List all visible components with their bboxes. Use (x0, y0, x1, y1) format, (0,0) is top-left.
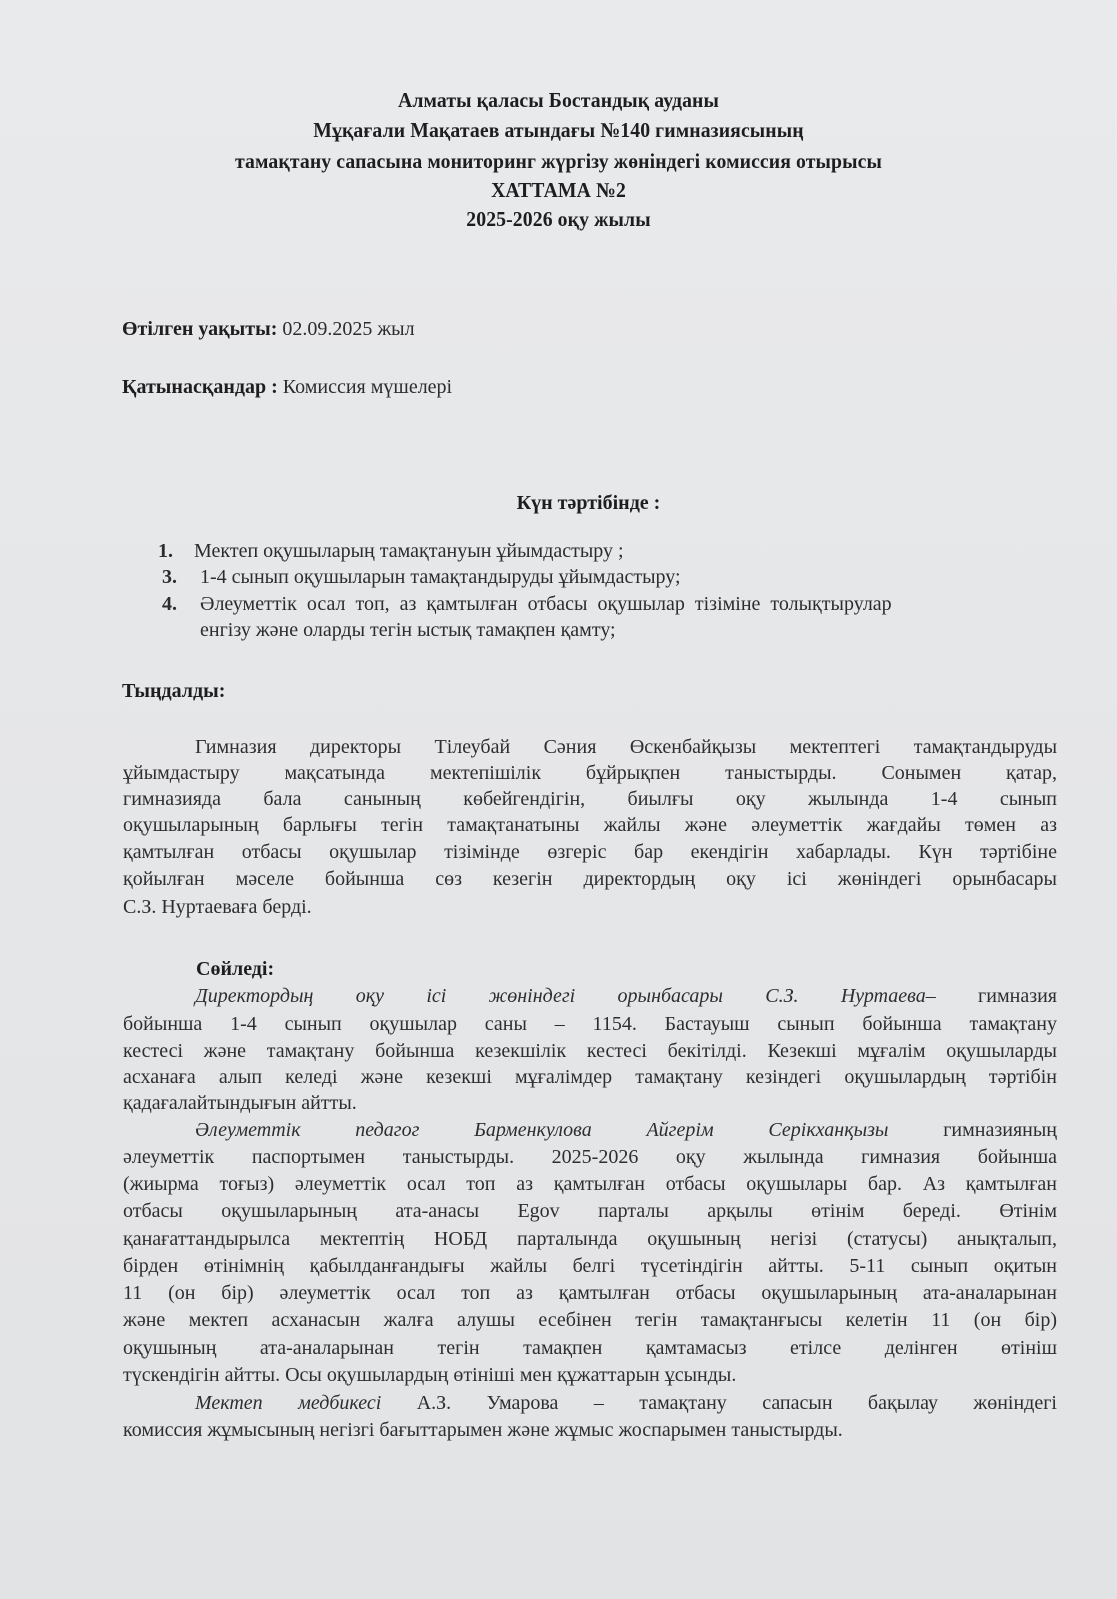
header-protocol-number: ХАТТАМА №2 (34, 178, 1084, 203)
paragraph-line: Әлеуметтік педагог Барменкулова Айгерім … (195, 1119, 1057, 1142)
participants-label: Қатынасқандар : (122, 376, 278, 398)
speaker-text: А.З. Умарова – тамақтану сапасын бақылау… (381, 1392, 1057, 1414)
agenda-item-continuation: енгізу және оларды тегін ыстық тамақпен … (200, 619, 616, 642)
paragraph-line: Директордың оқу ісі жөніндегі орынбасары… (195, 985, 1057, 1008)
agenda-item: 3.1-4 сынып оқушыларын тамақтандыруды ұй… (162, 566, 681, 589)
header-academic-year: 2025-2026 оқу жылы (34, 207, 1084, 232)
paragraph-line: 11 (он бір) әлеуметтік осал топ аз қамты… (123, 1282, 1057, 1305)
meeting-date: Өтілген уақыты: 02.09.2025 жыл (122, 318, 415, 341)
paragraph-line: оқушыларының барлығы тегін тамақтанатыны… (123, 814, 1057, 837)
meeting-participants: Қатынасқандар : Комиссия мүшелері (122, 376, 452, 399)
spoke-section-title: Сөйледі: (196, 958, 274, 981)
heard-section-title: Тыңдалды: (122, 680, 225, 703)
paragraph-line: Гимназия директоры Тілеубай Сәния Өскенб… (195, 736, 1057, 759)
participants-value: Комиссия мүшелері (278, 376, 452, 398)
paragraph-line: асханаға алып келеді және кезекші мұғалі… (123, 1066, 1057, 1089)
agenda-item-text: 1-4 сынып оқушыларын тамақтандыруды ұйым… (200, 566, 681, 588)
speaker-text: гимназия (936, 985, 1057, 1007)
paragraph-line: гимназияда бала санының көбейгендігін, б… (123, 788, 1057, 811)
paragraph-line: қадағалайтындығын айтты. (123, 1092, 1057, 1115)
paragraph-line: қанағаттандырылса мектептің НОБД парталы… (123, 1228, 1057, 1251)
agenda-item-text: Әлеуметтік осал топ, аз қамтылған отбасы… (200, 593, 892, 615)
paragraph-line: оқушының ата-аналарынан тегін тамақпен қ… (123, 1337, 1057, 1360)
paragraph-line: бойынша 1-4 сынып оқушылар саны – 1154. … (123, 1013, 1057, 1036)
speaker-role: Әлеуметтік педагог Барменкулова Айгерім … (195, 1119, 888, 1141)
agenda-item-number: 4. (162, 593, 200, 616)
speaker-text: гимназияның (888, 1119, 1057, 1141)
header-commission: тамақтану сапасына мониторинг жүргізу жө… (34, 149, 1084, 174)
paragraph-line: қойылған мәселе бойынша сөз кезегін дире… (123, 868, 1057, 891)
agenda-item-number: 1. (158, 540, 194, 563)
agenda-item: 1.Мектеп оқушыларың тамақтануын ұйымдаст… (158, 540, 624, 563)
agenda-title: Күн тәртібінде : (0, 492, 1117, 515)
meeting-date-value: 02.09.2025 жыл (277, 318, 414, 340)
paragraph-line: отбасы оқушыларының ата-анасы Egov парта… (123, 1200, 1057, 1223)
header-school: Мұқағали Мақатаев атындағы №140 гимназия… (34, 118, 1084, 143)
paragraph-line: С.З. Нуртаеваға берді. (123, 896, 1057, 919)
document-page: Алматы қаласы Бостандық ауданы Мұқағали … (0, 0, 1117, 1599)
paragraph-line: комиссия жұмысының негізгі бағыттарымен … (123, 1419, 1057, 1442)
agenda-item-text: Мектеп оқушыларың тамақтануын ұйымдастыр… (194, 540, 624, 562)
paragraph-line: бірден өтінімнің қабылданғандығы жайлы б… (123, 1255, 1057, 1278)
agenda-item: 4.Әлеуметтік осал топ, аз қамтылған отба… (162, 593, 1038, 616)
meeting-date-label: Өтілген уақыты: (122, 318, 277, 340)
paragraph-line: әлеуметтік паспортымен таныстырды. 2025-… (123, 1146, 1057, 1169)
agenda-item-number: 3. (162, 566, 200, 589)
speaker-role: Директордың оқу ісі жөніндегі орынбасары… (195, 985, 936, 1007)
speaker-role: Мектеп медбикесі (195, 1392, 381, 1414)
header-district: Алматы қаласы Бостандық ауданы (34, 88, 1084, 113)
paragraph-line: (жиырма тоғыз) әлеуметтік осал топ аз қа… (123, 1173, 1057, 1196)
paragraph-line: және мектеп асханасын жалға алушы есебін… (123, 1309, 1057, 1332)
paragraph-line: Мектеп медбикесі А.З. Умарова – тамақтан… (195, 1392, 1057, 1415)
paragraph-line: түскендігін айтты. Осы оқушылардың өтіні… (123, 1364, 1057, 1387)
paragraph-line: ұйымдастыру мақсатында мектепішілік бұйр… (123, 762, 1057, 785)
paragraph-line: қамтылған отбасы оқушылар тізімінде өзге… (123, 841, 1057, 864)
paragraph-line: кестесі және тамақтану бойынша кезекшілі… (123, 1040, 1057, 1063)
